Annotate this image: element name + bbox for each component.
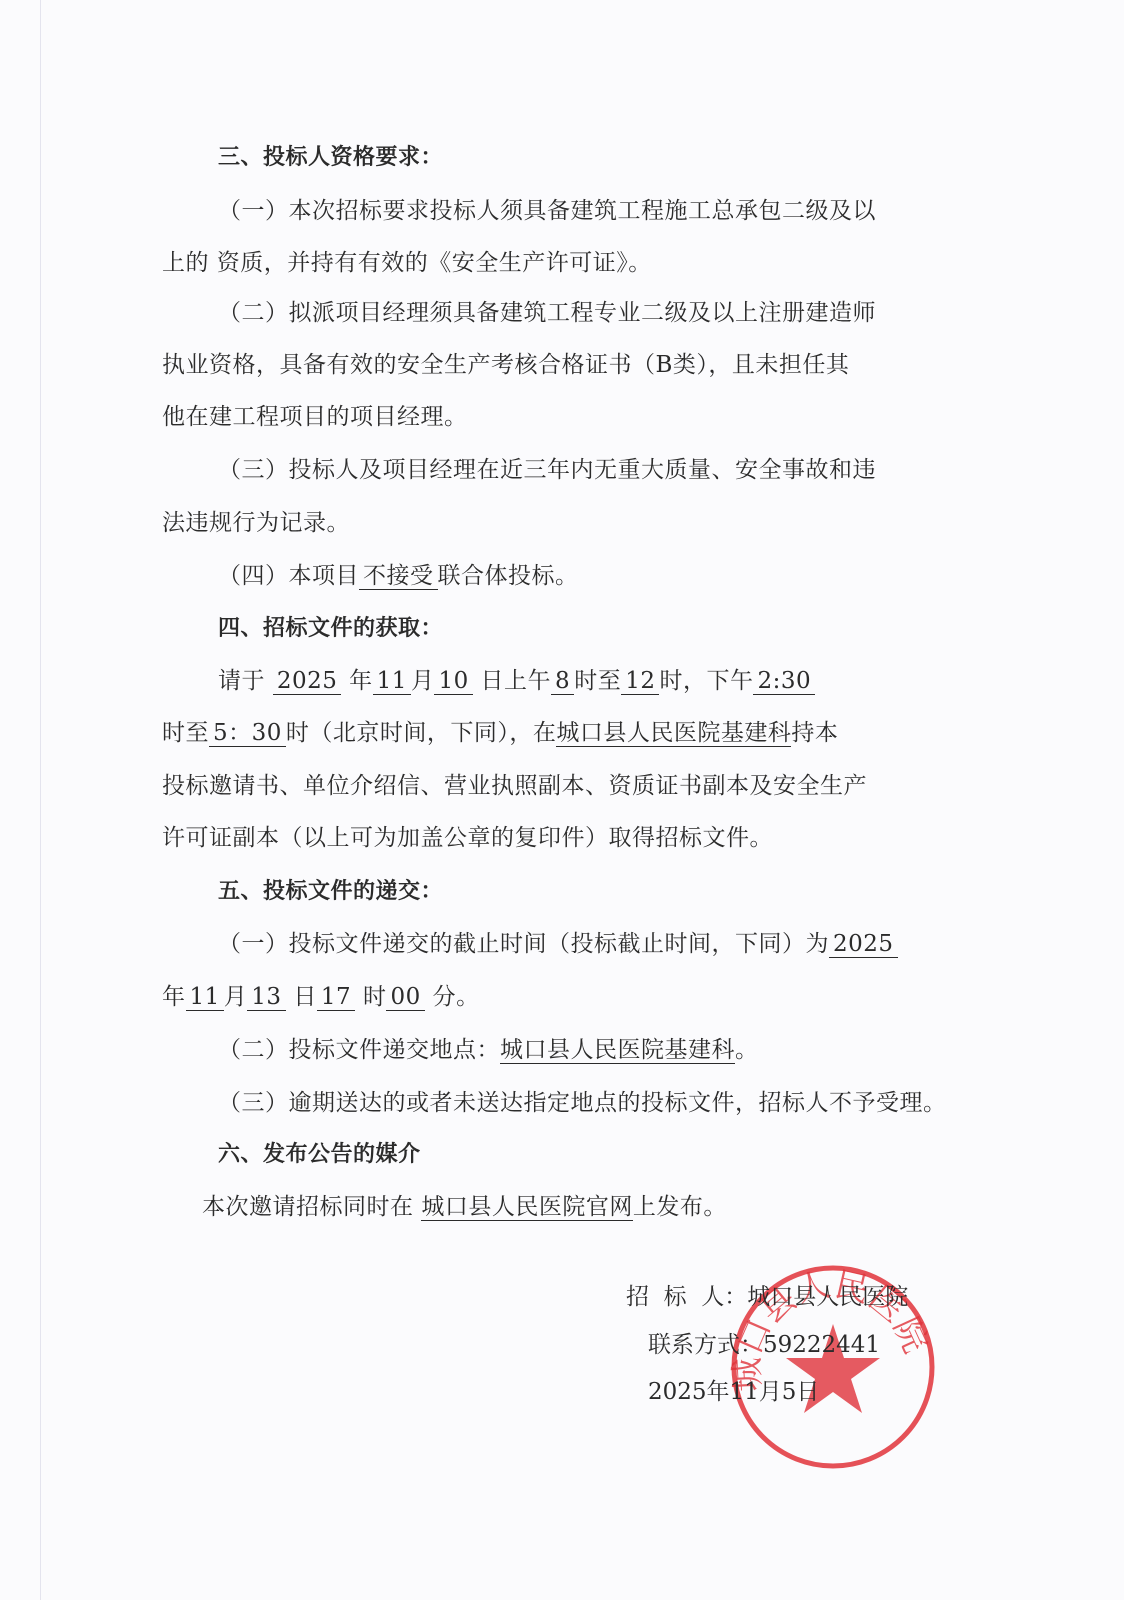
section3-item3-line1: （三）投标人及项目经理在近三年内无重大质量、安全事故和违	[218, 455, 876, 485]
section5-heading: 五、投标文件的递交：	[218, 877, 443, 907]
text: 年	[162, 984, 186, 1010]
issue-date: 2025年11月5日	[648, 1377, 819, 1407]
section4-line4: 许可证副本（以上可为加盖公章的复印件）取得招标文件。	[162, 823, 773, 853]
text: 时至	[162, 720, 209, 746]
section5-item1-line1: （一）投标文件递交的截止时间（投标截止时间，下同）为2025	[218, 929, 898, 959]
issuer-name: 城口县人民医院	[747, 1284, 908, 1310]
section5-item2: （二）投标文件递交地点：城口县人民医院基建科。	[218, 1035, 759, 1065]
pm-end-value: 5：30	[209, 720, 286, 747]
pm-start-value: 2:30	[753, 668, 815, 695]
section3-item1-line1: （一）本次招标要求投标人须具备建筑工程施工总承包二级及以	[218, 196, 876, 226]
scan-edge	[40, 0, 41, 1600]
month-value: 11	[373, 668, 411, 695]
text: 上发布。	[633, 1194, 727, 1220]
section4-heading: 四、招标文件的获取：	[218, 614, 443, 644]
text: 月	[224, 984, 248, 1010]
section3-item2-line1: （二）拟派项目经理须具备建筑工程专业二级及以上注册建造师	[218, 298, 876, 328]
section3-item3-line2: 法违规行为记录。	[162, 508, 350, 538]
section3-item1-line2: 上的 资质，并持有有效的《安全生产许可证》。	[162, 248, 652, 278]
section4-line3: 投标邀请书、单位介绍信、营业执照副本、资质证书副本及安全生产	[162, 771, 867, 801]
text: 时至	[574, 668, 621, 694]
day-value: 10	[434, 668, 472, 695]
issuer-label: 招 标 人：	[626, 1284, 747, 1310]
text: 时，下午	[659, 668, 753, 694]
item4-prefix: （四）本项目	[218, 563, 359, 589]
section4-line2: 时至5：30时（北京时间，下同），在城口县人民医院基建科持本	[162, 718, 838, 748]
year-value: 2025	[273, 668, 342, 695]
deadline-hour: 17	[317, 984, 355, 1011]
am-start-value: 8	[551, 668, 574, 695]
text: 月	[411, 668, 435, 694]
text: 年	[349, 668, 373, 694]
text: 日上午	[481, 668, 552, 694]
deadline-day: 13	[247, 984, 285, 1011]
section6-text: 本次邀请招标同时在 城口县人民医院官网上发布。	[202, 1192, 727, 1222]
section4-line1: 请于 2025 年11月10 日上午8时至12时，下午2:30	[218, 666, 815, 696]
contact-number: 59222441	[763, 1332, 880, 1358]
text: （一）投标文件递交的截止时间（投标截止时间，下同）为	[218, 931, 829, 957]
text: （二）投标文件递交地点：	[218, 1037, 500, 1063]
contact-label: 联系方式：	[648, 1332, 763, 1358]
text: 。	[735, 1037, 759, 1063]
section3-item4: （四）本项目不接受联合体投标。	[218, 561, 579, 591]
text: 持本	[791, 720, 838, 746]
issuer-line: 招 标 人：城口县人民医院	[626, 1282, 908, 1312]
contact-line: 联系方式：59222441	[648, 1330, 880, 1360]
deadline-year: 2025	[829, 931, 898, 958]
text: 日	[293, 984, 317, 1010]
place-value: 城口县人民医院基建科	[556, 720, 791, 747]
deadline-month: 11	[186, 984, 224, 1011]
text: 时	[363, 984, 387, 1010]
section3-heading: 三、投标人资格要求：	[218, 143, 443, 173]
deadline-minute: 00	[386, 984, 424, 1011]
text: 本次邀请招标同时在	[202, 1194, 414, 1220]
submission-place: 城口县人民医院基建科	[500, 1037, 735, 1064]
media-value: 城口县人民医院官网	[421, 1194, 633, 1221]
item4-suffix: 联合体投标。	[438, 563, 579, 589]
section5-item1-line2: 年11月13 日17 时00 分。	[162, 982, 480, 1012]
section6-heading: 六、发布公告的媒介	[218, 1140, 421, 1170]
section5-item3: （三）逾期送达的或者未送达指定地点的投标文件，招标人不予受理。	[218, 1088, 947, 1118]
am-end-value: 12	[621, 668, 659, 695]
item4-value: 不接受	[359, 563, 438, 590]
section3-item2-line3: 他在建工程项目的项目经理。	[162, 402, 468, 432]
text: 时（北京时间，下同），在	[286, 720, 557, 746]
text: 请于	[218, 668, 265, 694]
section3-item2-line2: 执业资格，具备有效的安全生产考核合格证书（B类），且未担任其	[162, 350, 849, 380]
text: 分。	[433, 984, 480, 1010]
